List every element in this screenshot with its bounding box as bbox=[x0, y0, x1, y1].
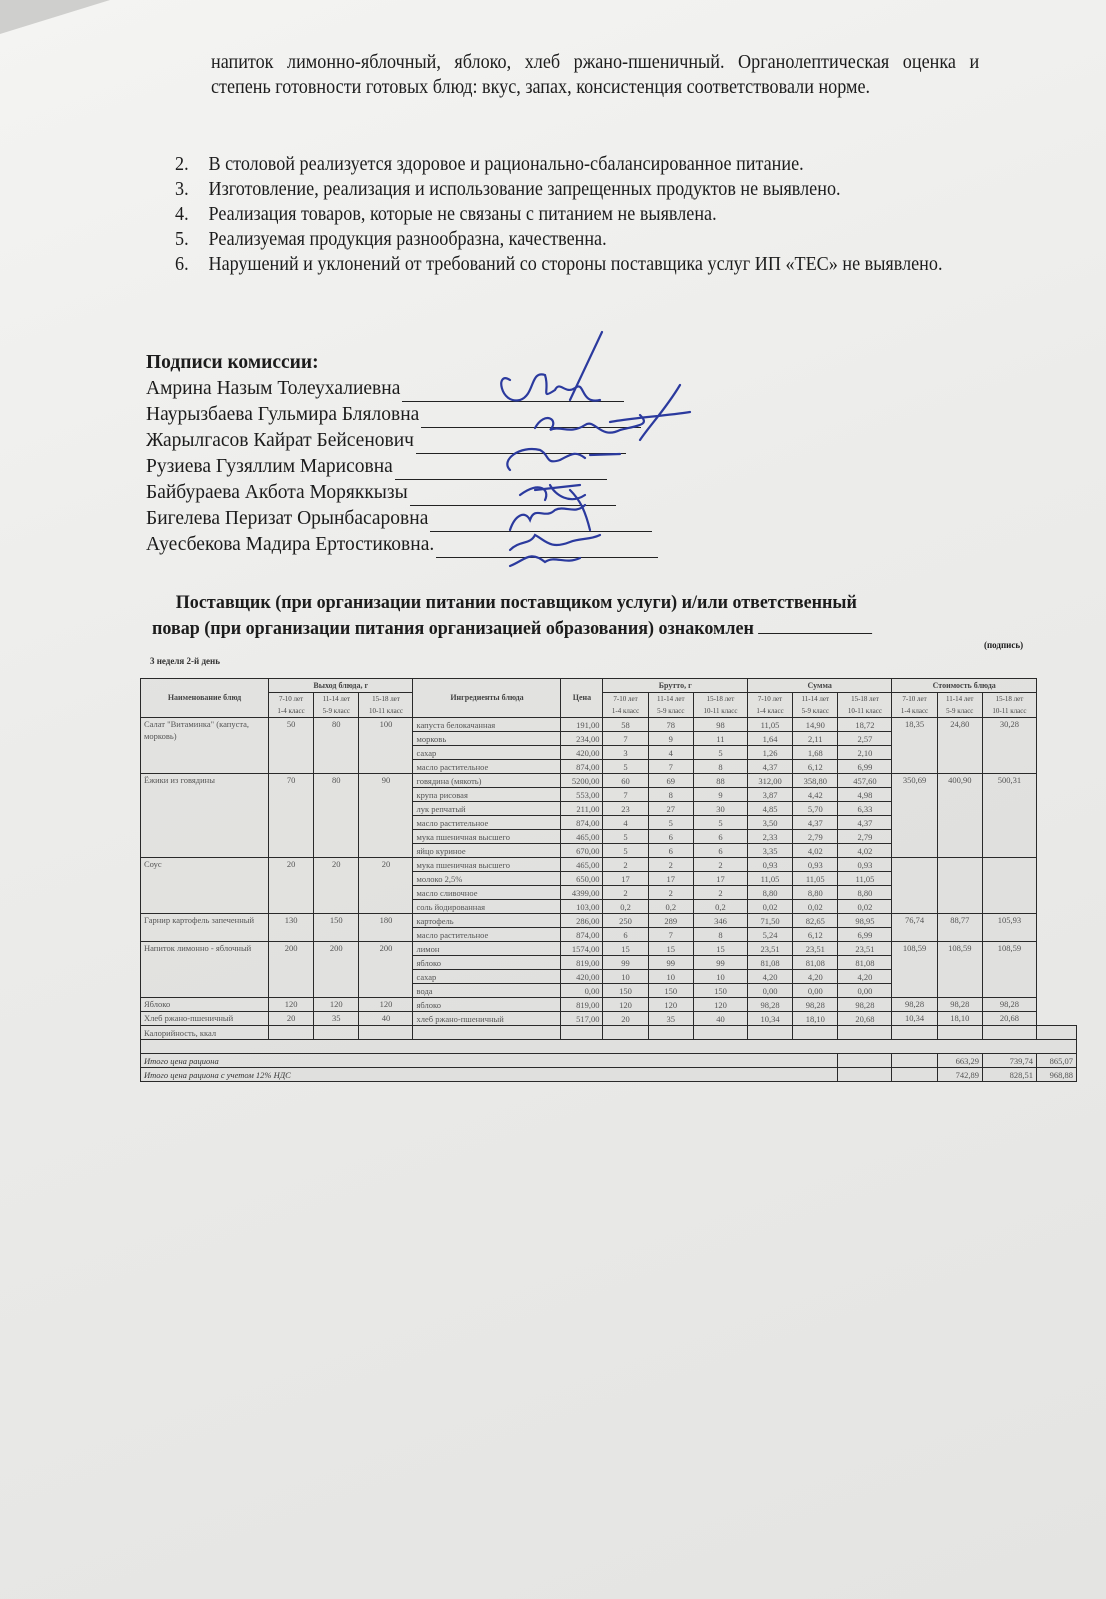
signatures-title: Подписи комиссии: bbox=[146, 350, 658, 376]
age-group-header: 7-10 лет1-4 класс bbox=[892, 693, 937, 718]
gross-weight: 6 bbox=[648, 844, 693, 858]
gross-weight: 88 bbox=[693, 774, 747, 788]
ingredient-sum: 4,20 bbox=[838, 970, 892, 984]
ingredient-name: крупа рисовая bbox=[413, 788, 561, 802]
ingredient-sum: 2,11 bbox=[793, 732, 838, 746]
dish-yield: 40 bbox=[359, 1012, 413, 1026]
gross-weight: 8 bbox=[648, 788, 693, 802]
dish-yield: 130 bbox=[269, 914, 314, 942]
ingredient-name: сахар bbox=[413, 746, 561, 760]
finding-number: 4. bbox=[175, 202, 208, 227]
dish-yield: 20 bbox=[269, 1012, 314, 1026]
ingredient-price: 874,00 bbox=[561, 928, 603, 942]
dish-yield: 70 bbox=[269, 774, 314, 858]
ingredient-name: мука пшеничная высшего bbox=[413, 858, 561, 872]
gross-weight: 17 bbox=[603, 872, 648, 886]
gross-weight: 9 bbox=[693, 788, 747, 802]
gross-weight: 2 bbox=[693, 886, 747, 900]
gross-weight: 7 bbox=[648, 760, 693, 774]
supplier-line-2: повар (при организации питания организац… bbox=[152, 618, 754, 639]
dish-cost: 10,34 bbox=[892, 1012, 937, 1026]
dish-cost: 76,74 bbox=[892, 914, 937, 942]
age-group-header: 11-14 лет5-9 класс bbox=[314, 693, 359, 718]
spacer-cell bbox=[141, 1040, 1077, 1054]
ingredient-name: масло растительное bbox=[413, 816, 561, 830]
table-row: Соус202020мука пшеничная высшего465,0022… bbox=[141, 858, 1077, 872]
ingredient-sum: 1,26 bbox=[747, 746, 792, 760]
member-name: Ауесбекова Мадира Ертостиковна. bbox=[146, 532, 434, 558]
signature-line bbox=[402, 384, 624, 402]
empty-cell bbox=[747, 1026, 792, 1040]
dish-cost bbox=[892, 858, 937, 914]
ingredient-sum: 4,20 bbox=[747, 970, 792, 984]
ingredient-sum: 0,93 bbox=[747, 858, 792, 872]
age-group-header: 15-18 лет10-11 класс bbox=[838, 693, 892, 718]
signature-line bbox=[410, 488, 616, 506]
member-name: Наурызбаева Гульмира Бляловна bbox=[146, 402, 419, 428]
ingredient-sum: 18,72 bbox=[838, 718, 892, 732]
gross-weight: 5 bbox=[648, 816, 693, 830]
finding-text: Реализуемая продукция разнообразна, каче… bbox=[208, 227, 1008, 252]
ingredient-sum: 81,08 bbox=[838, 956, 892, 970]
ingredient-sum: 0,00 bbox=[838, 984, 892, 998]
finding-text: Изготовление, реализация и использование… bbox=[208, 177, 1008, 202]
dish-name: Гарнир картофель запеченный bbox=[141, 914, 269, 942]
finding-number: 2. bbox=[175, 152, 208, 177]
member-name: Амрина Назым Толеухалиевна bbox=[146, 376, 400, 402]
member-name: Байбураева Акбота Моряккызы bbox=[146, 480, 408, 506]
dish-yield: 50 bbox=[269, 718, 314, 774]
gross-weight: 2 bbox=[603, 858, 648, 872]
gross-weight: 17 bbox=[648, 872, 693, 886]
ingredient-name: лимон bbox=[413, 942, 561, 956]
ingredient-sum: 4,02 bbox=[838, 844, 892, 858]
table-row: Ёжики из говядины708090говядина (мякоть)… bbox=[141, 774, 1077, 788]
col-price: Цена bbox=[561, 679, 603, 718]
ingredient-price: 874,00 bbox=[561, 816, 603, 830]
supplier-acknowledgement: Поставщик (при организации питании поста… bbox=[152, 590, 1007, 642]
ingredient-sum: 312,00 bbox=[747, 774, 792, 788]
ingredient-name: соль йодированная bbox=[413, 900, 561, 914]
ingredient-sum: 2,33 bbox=[747, 830, 792, 844]
dish-yield: 150 bbox=[314, 914, 359, 942]
ingredient-name: молоко 2,5% bbox=[413, 872, 561, 886]
ingredient-sum: 4,42 bbox=[793, 788, 838, 802]
member-name: Бигелева Перизат Орынбасаровна bbox=[146, 506, 428, 532]
ingredient-name: масло растительное bbox=[413, 928, 561, 942]
total-value: 663,29 bbox=[937, 1054, 982, 1068]
gross-weight: 7 bbox=[648, 928, 693, 942]
dish-cost: 24,80 bbox=[937, 718, 982, 774]
gross-weight: 99 bbox=[693, 956, 747, 970]
ingredient-name: капуста белокачанная bbox=[413, 718, 561, 732]
finding-number: 3. bbox=[175, 177, 208, 202]
ingredient-sum: 81,08 bbox=[747, 956, 792, 970]
signature-row: Бигелева Перизат Орынбасаровна bbox=[146, 506, 658, 532]
gross-weight: 10 bbox=[693, 970, 747, 984]
age-group-header: 7-10 лет1-4 класс bbox=[269, 693, 314, 718]
finding-item: 5.Реализуемая продукция разнообразна, ка… bbox=[175, 227, 1012, 252]
dish-cost bbox=[982, 858, 1036, 914]
gross-weight: 27 bbox=[648, 802, 693, 816]
ingredient-sum: 2,57 bbox=[838, 732, 892, 746]
empty-cell bbox=[561, 1026, 603, 1040]
dish-cost: 18,35 bbox=[892, 718, 937, 774]
total-value: 739,74 bbox=[982, 1054, 1036, 1068]
dish-yield: 80 bbox=[314, 718, 359, 774]
col-cost: Стоимость блюда bbox=[892, 679, 1036, 693]
ingredient-sum: 81,08 bbox=[793, 956, 838, 970]
dish-name: Салат "Витаминка" (капуста, морковь) bbox=[141, 718, 269, 774]
gross-weight: 150 bbox=[693, 984, 747, 998]
ingredient-name: сахар bbox=[413, 970, 561, 984]
finding-number: 6. bbox=[175, 252, 208, 277]
gross-weight: 69 bbox=[648, 774, 693, 788]
ingredient-sum: 0,02 bbox=[793, 900, 838, 914]
dish-yield: 80 bbox=[314, 774, 359, 858]
ingredient-price: 874,00 bbox=[561, 760, 603, 774]
gross-weight: 5 bbox=[603, 760, 648, 774]
ingredient-sum: 4,85 bbox=[747, 802, 792, 816]
member-name: Рузиева Гузяллим Марисовна bbox=[146, 454, 393, 480]
ingredient-sum: 0,93 bbox=[793, 858, 838, 872]
dish-yield: 90 bbox=[359, 774, 413, 858]
signature-row: Наурызбаева Гульмира Бляловна bbox=[146, 402, 658, 428]
total-label: Итого цена рациона bbox=[141, 1054, 838, 1068]
ingredient-sum: 4,98 bbox=[838, 788, 892, 802]
age-group-header: 15-18 лет10-11 класс bbox=[693, 693, 747, 718]
ingredient-sum: 82,65 bbox=[793, 914, 838, 928]
dish-cost: 98,28 bbox=[892, 998, 937, 1012]
gross-weight: 23 bbox=[603, 802, 648, 816]
finding-item: 6.Нарушений и уклонений от требований со… bbox=[175, 252, 1012, 277]
total-value: 742,89 bbox=[937, 1068, 982, 1082]
gross-weight: 5 bbox=[603, 844, 648, 858]
gross-weight: 30 bbox=[693, 802, 747, 816]
dish-yield: 120 bbox=[314, 998, 359, 1012]
ingredient-sum: 11,05 bbox=[747, 718, 792, 732]
ingredient-name: говядина (мякоть) bbox=[413, 774, 561, 788]
ingredient-sum: 8,80 bbox=[793, 886, 838, 900]
gross-weight: 8 bbox=[693, 760, 747, 774]
ingredient-sum: 3,35 bbox=[747, 844, 792, 858]
page-corner-fold bbox=[0, 0, 110, 34]
document-page: напиток лимонно-яблочный, яблоко, хлеб р… bbox=[0, 0, 1106, 1599]
gross-weight: 6 bbox=[693, 844, 747, 858]
dish-cost: 20,68 bbox=[982, 1012, 1036, 1026]
gross-weight: 5 bbox=[693, 746, 747, 760]
commission-signatures: Подписи комиссии: Амрина Назым Толеухали… bbox=[146, 350, 658, 558]
ingredient-price: 465,00 bbox=[561, 830, 603, 844]
ingredient-sum: 2,79 bbox=[838, 830, 892, 844]
ingredient-price: 286,00 bbox=[561, 914, 603, 928]
age-group-header: 11-14 лет5-9 класс bbox=[793, 693, 838, 718]
gross-weight: 3 bbox=[603, 746, 648, 760]
ingredient-sum: 358,80 bbox=[793, 774, 838, 788]
ingredient-sum: 2,10 bbox=[838, 746, 892, 760]
gross-weight: 120 bbox=[603, 998, 648, 1012]
ingredient-name: масло сливочное bbox=[413, 886, 561, 900]
gross-weight: 7 bbox=[603, 788, 648, 802]
col-sum: Сумма bbox=[747, 679, 891, 693]
ingredient-name: яйцо куриное bbox=[413, 844, 561, 858]
ingredient-sum: 6,33 bbox=[838, 802, 892, 816]
gross-weight: 40 bbox=[693, 1012, 747, 1026]
col-gross: Брутто, г bbox=[603, 679, 747, 693]
finding-item: 3.Изготовление, реализация и использован… bbox=[175, 177, 1012, 202]
empty-cell bbox=[982, 1026, 1036, 1040]
age-group-header: 15-18 лет10-11 класс bbox=[359, 693, 413, 718]
ingredient-price: 420,00 bbox=[561, 746, 603, 760]
ingredient-price: 234,00 bbox=[561, 732, 603, 746]
ingredient-name: масло растительное bbox=[413, 760, 561, 774]
empty-cell bbox=[648, 1026, 693, 1040]
ingredient-sum: 23,51 bbox=[793, 942, 838, 956]
gross-weight: 4 bbox=[648, 746, 693, 760]
finding-text: В столовой реализуется здоровое и рацион… bbox=[208, 152, 1008, 177]
total-label: Итого цена рациона с учетом 12% НДС bbox=[141, 1068, 838, 1082]
gross-weight: 20 bbox=[603, 1012, 648, 1026]
ingredient-sum: 98,28 bbox=[838, 998, 892, 1012]
ingredient-sum: 1,68 bbox=[793, 746, 838, 760]
signature-row: Байбураева Акбота Моряккызы bbox=[146, 480, 658, 506]
ingredient-sum: 0,02 bbox=[838, 900, 892, 914]
age-group-header: 11-14 лет5-9 класс bbox=[648, 693, 693, 718]
ingredient-sum: 5,70 bbox=[793, 802, 838, 816]
gross-weight: 10 bbox=[648, 970, 693, 984]
gross-weight: 0,2 bbox=[603, 900, 648, 914]
ingredient-name: мука пшеничная высшего bbox=[413, 830, 561, 844]
dish-cost: 18,10 bbox=[937, 1012, 982, 1026]
dish-name: Яблоко bbox=[141, 998, 269, 1012]
ingredient-price: 211,00 bbox=[561, 802, 603, 816]
ingredient-name: морковь bbox=[413, 732, 561, 746]
age-group-header: 7-10 лет1-4 класс bbox=[747, 693, 792, 718]
total-value: 828,51 bbox=[982, 1068, 1036, 1082]
member-name: Жарылгасов Кайрат Бейсенович bbox=[146, 428, 414, 454]
gross-weight: 120 bbox=[648, 998, 693, 1012]
ingredient-sum: 98,28 bbox=[747, 998, 792, 1012]
dish-name: Хлеб ржано-пшеничный bbox=[141, 1012, 269, 1026]
supplier-signature-line bbox=[758, 618, 872, 634]
gross-weight: 2 bbox=[648, 886, 693, 900]
empty-cell bbox=[838, 1068, 892, 1082]
ingredient-price: 0,00 bbox=[561, 984, 603, 998]
dish-cost: 98,28 bbox=[982, 998, 1036, 1012]
gross-weight: 60 bbox=[603, 774, 648, 788]
dish-yield: 120 bbox=[359, 998, 413, 1012]
ingredient-sum: 1,64 bbox=[747, 732, 792, 746]
ingredient-name: хлеб ржано-пшеничный bbox=[413, 1012, 561, 1026]
ingredient-price: 420,00 bbox=[561, 970, 603, 984]
signature-row: Жарылгасов Кайрат Бейсенович bbox=[146, 428, 658, 454]
week-label: 3 неделя 2-й день bbox=[150, 656, 220, 666]
total-row: Итого цена рациона663,29739,74865,07 bbox=[141, 1054, 1077, 1068]
spacer-row bbox=[141, 1040, 1077, 1054]
signature-line bbox=[395, 462, 607, 480]
gross-weight: 0,2 bbox=[648, 900, 693, 914]
ingredient-sum: 4,20 bbox=[793, 970, 838, 984]
ingredient-sum: 20,68 bbox=[838, 1012, 892, 1026]
gross-weight: 0,2 bbox=[693, 900, 747, 914]
ingredient-sum: 0,93 bbox=[838, 858, 892, 872]
table-row: Яблоко120120120яблоко819,0012012012098,2… bbox=[141, 998, 1077, 1012]
gross-weight: 5 bbox=[693, 816, 747, 830]
dish-cost: 98,28 bbox=[937, 998, 982, 1012]
empty-cell bbox=[693, 1026, 747, 1040]
total-value: 968,88 bbox=[1036, 1068, 1076, 1082]
ingredient-sum: 3,87 bbox=[747, 788, 792, 802]
finding-text: Реализация товаров, которые не связаны с… bbox=[208, 202, 1008, 227]
dish-name: Соус bbox=[141, 858, 269, 914]
gross-weight: 289 bbox=[648, 914, 693, 928]
ingredient-sum: 14,90 bbox=[793, 718, 838, 732]
empty-cell bbox=[1036, 1026, 1076, 1040]
ingredient-name: лук репчатый bbox=[413, 802, 561, 816]
gross-weight: 6 bbox=[648, 830, 693, 844]
dish-cost: 400,90 bbox=[937, 774, 982, 858]
dish-cost: 350,69 bbox=[892, 774, 937, 858]
ingredient-sum: 0,00 bbox=[793, 984, 838, 998]
ingredient-price: 465,00 bbox=[561, 858, 603, 872]
dish-yield: 200 bbox=[359, 942, 413, 998]
ingredient-name: картофель bbox=[413, 914, 561, 928]
gross-weight: 250 bbox=[603, 914, 648, 928]
ingredient-sum: 8,80 bbox=[838, 886, 892, 900]
ingredient-price: 517,00 bbox=[561, 1012, 603, 1026]
ingredient-name: яблоко bbox=[413, 956, 561, 970]
ingredient-sum: 4,37 bbox=[747, 760, 792, 774]
col-dish: Наименование блюд bbox=[141, 679, 269, 718]
ingredient-sum: 10,34 bbox=[747, 1012, 792, 1026]
ingredient-sum: 6,99 bbox=[838, 928, 892, 942]
ingredient-sum: 11,05 bbox=[747, 872, 792, 886]
empty-cell bbox=[314, 1026, 359, 1040]
ingredient-sum: 6,12 bbox=[793, 760, 838, 774]
ingredient-sum: 6,99 bbox=[838, 760, 892, 774]
intro-paragraph: напиток лимонно-яблочный, яблоко, хлеб р… bbox=[211, 50, 979, 100]
dish-cost: 108,59 bbox=[982, 942, 1036, 998]
ingredient-sum: 4,37 bbox=[793, 816, 838, 830]
empty-cell bbox=[892, 1054, 937, 1068]
gross-weight: 2 bbox=[693, 858, 747, 872]
empty-cell bbox=[269, 1026, 314, 1040]
dish-yield: 20 bbox=[314, 858, 359, 914]
dish-cost bbox=[937, 858, 982, 914]
ingredient-sum: 6,12 bbox=[793, 928, 838, 942]
signature-row: Рузиева Гузяллим Марисовна bbox=[146, 454, 658, 480]
calories-label: Калорийность, ккал bbox=[141, 1026, 269, 1040]
ingredient-sum: 71,50 bbox=[747, 914, 792, 928]
gross-weight: 11 bbox=[693, 732, 747, 746]
gross-weight: 7 bbox=[603, 732, 648, 746]
age-group-header: 11-14 лет5-9 класс bbox=[937, 693, 982, 718]
gross-weight: 99 bbox=[648, 956, 693, 970]
ingredient-name: яблоко bbox=[413, 998, 561, 1012]
gross-weight: 2 bbox=[603, 886, 648, 900]
ingredient-sum: 23,51 bbox=[747, 942, 792, 956]
gross-weight: 10 bbox=[603, 970, 648, 984]
ingredient-sum: 0,02 bbox=[747, 900, 792, 914]
empty-cell bbox=[413, 1026, 561, 1040]
signature-row: Амрина Назым Толеухалиевна bbox=[146, 376, 658, 402]
findings-list: 2.В столовой реализуется здоровое и раци… bbox=[175, 152, 1075, 277]
table-row: Хлеб ржано-пшеничный203540хлеб ржано-пше… bbox=[141, 1012, 1077, 1026]
ingredient-name: вода bbox=[413, 984, 561, 998]
dish-cost: 88,77 bbox=[937, 914, 982, 942]
ingredient-sum: 5,24 bbox=[747, 928, 792, 942]
ingredient-price: 191,00 bbox=[561, 718, 603, 732]
signature-line bbox=[430, 514, 652, 532]
ingredient-sum: 98,28 bbox=[793, 998, 838, 1012]
ingredient-sum: 11,05 bbox=[838, 872, 892, 886]
gross-weight: 4 bbox=[603, 816, 648, 830]
ingredient-sum: 3,50 bbox=[747, 816, 792, 830]
age-group-header: 7-10 лет1-4 класс bbox=[603, 693, 648, 718]
gross-weight: 8 bbox=[693, 928, 747, 942]
dish-yield: 20 bbox=[359, 858, 413, 914]
dish-yield: 35 bbox=[314, 1012, 359, 1026]
dish-name: Напиток лимонно - яблочный bbox=[141, 942, 269, 998]
gross-weight: 17 bbox=[693, 872, 747, 886]
gross-weight: 150 bbox=[603, 984, 648, 998]
gross-weight: 15 bbox=[693, 942, 747, 956]
dish-cost: 108,59 bbox=[892, 942, 937, 998]
ingredient-sum: 18,10 bbox=[793, 1012, 838, 1026]
finding-item: 2.В столовой реализуется здоровое и раци… bbox=[175, 152, 1012, 177]
dish-cost: 108,59 bbox=[937, 942, 982, 998]
dish-cost: 500,31 bbox=[982, 774, 1036, 858]
signature-row: Ауесбекова Мадира Ертостиковна. bbox=[146, 532, 658, 558]
dish-yield: 100 bbox=[359, 718, 413, 774]
gross-weight: 98 bbox=[693, 718, 747, 732]
gross-weight: 35 bbox=[648, 1012, 693, 1026]
ingredient-sum: 4,37 bbox=[838, 816, 892, 830]
ingredient-price: 819,00 bbox=[561, 998, 603, 1012]
col-yield: Выход блюда, г bbox=[269, 679, 413, 693]
table-row: Салат "Витаминка" (капуста, морковь)5080… bbox=[141, 718, 1077, 732]
gross-weight: 346 bbox=[693, 914, 747, 928]
gross-weight: 120 bbox=[693, 998, 747, 1012]
ingredient-sum: 0,00 bbox=[747, 984, 792, 998]
gross-weight: 6 bbox=[603, 928, 648, 942]
empty-cell bbox=[838, 1054, 892, 1068]
gross-weight: 9 bbox=[648, 732, 693, 746]
ingredient-sum: 2,79 bbox=[793, 830, 838, 844]
gross-weight: 6 bbox=[693, 830, 747, 844]
ingredient-sum: 11,05 bbox=[793, 872, 838, 886]
ingredient-sum: 23,51 bbox=[838, 942, 892, 956]
dish-yield: 200 bbox=[269, 942, 314, 998]
empty-cell bbox=[892, 1026, 937, 1040]
gross-weight: 15 bbox=[603, 942, 648, 956]
finding-text: Нарушений и уклонений от требований со с… bbox=[208, 252, 1008, 277]
empty-cell bbox=[359, 1026, 413, 1040]
ingredient-price: 103,00 bbox=[561, 900, 603, 914]
finding-item: 4.Реализация товаров, которые не связаны… bbox=[175, 202, 1012, 227]
gross-weight: 2 bbox=[648, 858, 693, 872]
finding-number: 5. bbox=[175, 227, 208, 252]
dish-cost: 30,28 bbox=[982, 718, 1036, 774]
gross-weight: 78 bbox=[648, 718, 693, 732]
age-group-header: 15-18 лет10-11 класс bbox=[982, 693, 1036, 718]
gross-weight: 58 bbox=[603, 718, 648, 732]
empty-cell bbox=[892, 1068, 937, 1082]
signature-caption: (подпись) bbox=[984, 640, 1023, 650]
ingredient-sum: 4,02 bbox=[793, 844, 838, 858]
gross-weight: 99 bbox=[603, 956, 648, 970]
signature-line bbox=[416, 436, 626, 454]
